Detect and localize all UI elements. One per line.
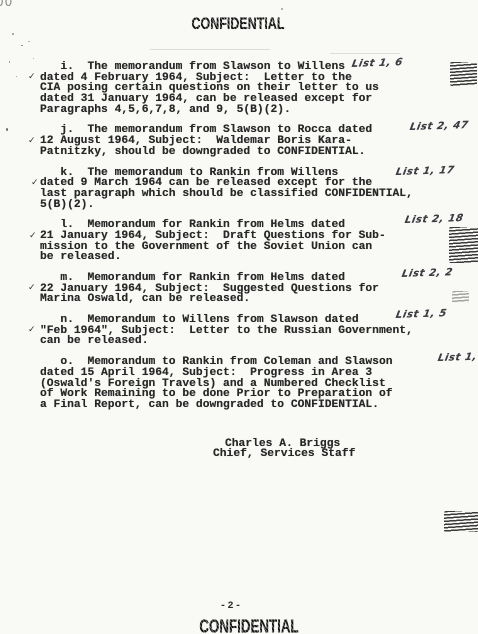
document-body: ✓ List 1, 6 i. The memorandum from Slaws…: [40, 62, 440, 460]
handwritten-checkmark: ✓: [28, 325, 36, 335]
paper-speck: [12, 33, 14, 35]
text-line: 5(B)(2).: [40, 200, 440, 211]
paper-speck: [9, 61, 10, 63]
signature-title: Chief, Services Staff: [213, 449, 440, 460]
text-line: last paragraph which should be classifie…: [40, 189, 440, 200]
paragraph-n: ✓ List 1, 5 n. Memorandum to Willens fro…: [40, 315, 440, 347]
paper-speck: [16, 76, 17, 77]
text-line: be released.: [40, 252, 440, 263]
handwritten-checkmark: ✓: [28, 72, 36, 82]
corner-mark: 00: [0, 0, 13, 9]
scan-smudge: [452, 291, 469, 303]
handwritten-checkmark: ✓: [28, 283, 36, 293]
signature-block: Charles A. Briggs Chief, Services Staff: [213, 439, 440, 460]
confidential-stamp-bottom: CONFIDENTIAL: [199, 615, 298, 634]
text-line: Marina Oswald, can be released.: [40, 294, 440, 305]
text-line: can be released.: [40, 336, 440, 347]
paper-speck: [21, 45, 23, 46]
scan-smudge: [444, 511, 478, 532]
handwritten-checkmark: ✓: [29, 231, 37, 241]
handwritten-annotation: List 1, 6: [351, 57, 404, 70]
paper-speck: [33, 58, 34, 59]
scan-smudge: [449, 227, 478, 263]
handwritten-annotation: List 1, 24: [437, 351, 478, 364]
handwritten-annotation: List 2, 18: [404, 213, 465, 226]
scan-smudge: [450, 62, 477, 86]
text-line: dated 15 April 1964, Subject: Progress i…: [40, 368, 440, 379]
paper-speck: [281, 8, 283, 10]
paragraph-j: ✓ List 2, 47 j. The memorandum from Slaw…: [40, 125, 440, 157]
handwritten-annotation: List 2, 47: [409, 120, 470, 133]
paragraph-l: ✓ List 2, 18 l. Memorandum for Rankin fr…: [40, 220, 440, 263]
handwritten-annotation: List 1, 17: [395, 164, 456, 177]
paragraph-k: ✓ List 1, 17 k. The memorandum to Rankin…: [40, 168, 440, 211]
handwritten-checkmark: ✓: [28, 136, 36, 146]
handwritten-checkmark: ✓: [31, 178, 39, 188]
paragraph-o: List 1, 24 o. Memorandum to Rankin from …: [40, 357, 440, 410]
handwritten-annotation: List 1, 5: [395, 308, 448, 321]
scan-scratch: [330, 53, 400, 54]
text-line: a Final Report, can be downgraded to CON…: [40, 400, 440, 411]
scan-scratch: [150, 49, 270, 50]
confidential-stamp-top: CONFIDENTIAL: [192, 15, 285, 34]
paragraph-m: ✓ List 2, 2 m. Memorandum for Rankin fro…: [40, 273, 440, 305]
paragraph-i: ✓ List 1, 6 i. The memorandum from Slaws…: [40, 62, 440, 115]
paper-speck: [28, 41, 30, 42]
scanned-document-page: 00 CONFIDENTIAL ✓ List 1, 6 i. The memor…: [0, 0, 478, 634]
paper-speck: [6, 128, 8, 131]
handwritten-annotation: List 2, 2: [401, 267, 454, 280]
page-number: -2-: [220, 601, 243, 612]
text-line: Patnitzky, should be downgraded to CONFI…: [40, 147, 440, 158]
text-line: Paragraphs 4,5,6,7,8, and 9, 5(B)(2).: [40, 105, 440, 116]
